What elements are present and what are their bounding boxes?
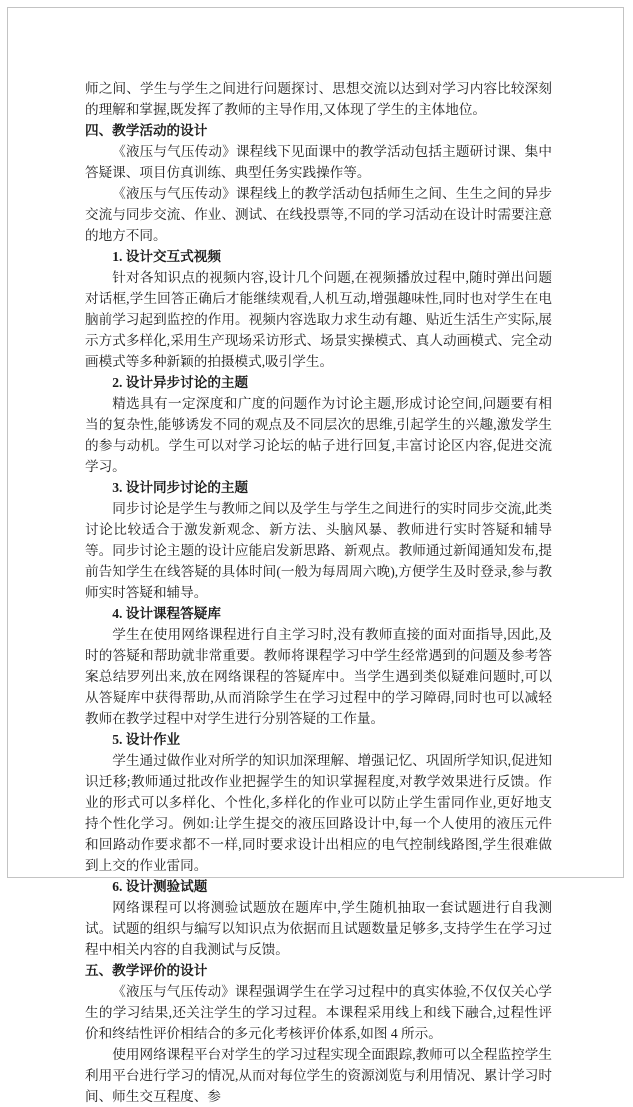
paragraph: 精选具有一定深度和广度的问题作为讨论主题,形成讨论空间,问题要有相当的复杂性,能… (85, 393, 552, 477)
sub-heading-sync-discussion: 3. 设计同步讨论的主题 (85, 477, 552, 498)
sub-heading-homework: 5. 设计作业 (85, 729, 552, 750)
sub-heading-interactive-video: 1. 设计交互式视频 (85, 246, 552, 267)
paragraph-continuation: 师之间、学生与学生之间进行问题探讨、思想交流以达到对学习内容比较深刻的理解和掌握… (85, 78, 552, 120)
paragraph: 学生在使用网络课程进行自主学习时,没有教师直接的面对面指导,因此,及时的答疑和帮… (85, 624, 552, 729)
paragraph: 同步讨论是学生与教师之间以及学生与学生之间进行的实时同步交流,此类讨论比较适合于… (85, 498, 552, 603)
paragraph: 《液压与气压传动》课程线下见面课中的教学活动包括主题研讨课、集中答疑课、项目仿真… (85, 141, 552, 183)
paragraph: 针对各知识点的视频内容,设计几个问题,在视频播放过程中,随时弹出问题对话框,学生… (85, 267, 552, 372)
page-content: 师之间、学生与学生之间进行问题探讨、思想交流以达到对学习内容比较深刻的理解和掌握… (8, 8, 623, 887)
paragraph: 学生通过做作业对所学的知识加深理解、增强记忆、巩固所学知识,促进知识迁移;教师通… (85, 750, 552, 876)
sub-heading-async-discussion: 2. 设计异步讨论的主题 (85, 372, 552, 393)
section-heading-teaching-activities: 四、教学活动的设计 (85, 120, 552, 141)
sub-heading-test-questions: 6. 设计测验试题 (85, 876, 552, 887)
sub-heading-qa-library: 4. 设计课程答疑库 (85, 603, 552, 624)
paragraph: 《液压与气压传动》课程线上的教学活动包括师生之间、生生之间的异步交流与同步交流、… (85, 183, 552, 246)
document-page: 师之间、学生与学生之间进行问题探讨、思想交流以达到对学习内容比较深刻的理解和掌握… (7, 7, 624, 878)
